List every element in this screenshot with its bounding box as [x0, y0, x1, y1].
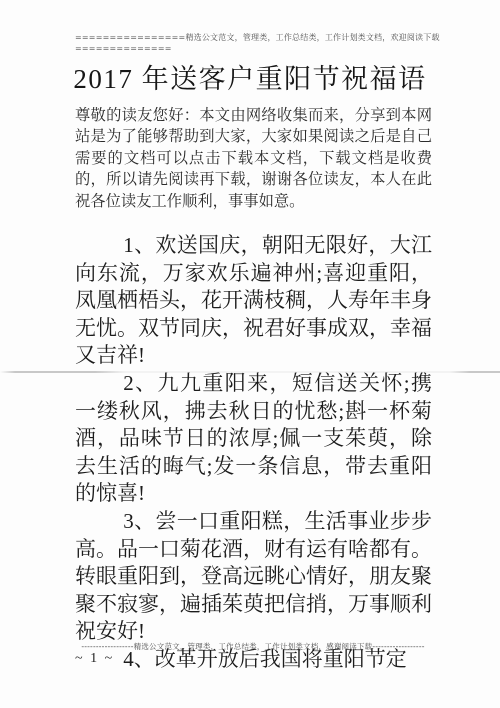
- header-watermark-line1: ================精选公文范文，管理类，工作总结类，工作计划类文档…: [75, 33, 435, 43]
- document-body: 1、欢送国庆，朝阳无限好，大江向东流，万家欢乐遍神州;喜迎重阳，凤凰栖梧头，花开…: [75, 232, 432, 674]
- document-page: ================精选公文范文，管理类，工作总结类，工作计划类文档…: [0, 0, 500, 708]
- body-paragraph-2: 2、九九重阳来，短信送关怀;携一缕秋风，拂去秋日的忧愁;斟一杯菊酒，品味节日的浓…: [75, 370, 432, 508]
- page-break-divider: [0, 371, 500, 373]
- body-paragraph-1: 1、欢送国庆，朝阳无限好，大江向东流，万家欢乐遍神州;喜迎重阳，凤凰栖梧头，花开…: [75, 232, 432, 370]
- body-paragraph-3: 3、尝一口重阳糕，生活事业步步高。品一口菊花酒，财有运有啥都有。转眼重阳到，登高…: [75, 508, 432, 646]
- header-watermark-line2: ==============: [75, 44, 172, 54]
- page-title: 2017 年送客户重阳节祝福语: [0, 57, 500, 96]
- page-number: ~ 1 ~: [75, 651, 114, 667]
- footer-watermark: ------------------精选公文范文，管理类，工作总结类，工作计划类…: [68, 642, 438, 651]
- intro-paragraph: 尊敬的读友您好：本文由网络收集而来，分享到本网站是为了能够帮助到大家，大家如果阅…: [75, 105, 432, 212]
